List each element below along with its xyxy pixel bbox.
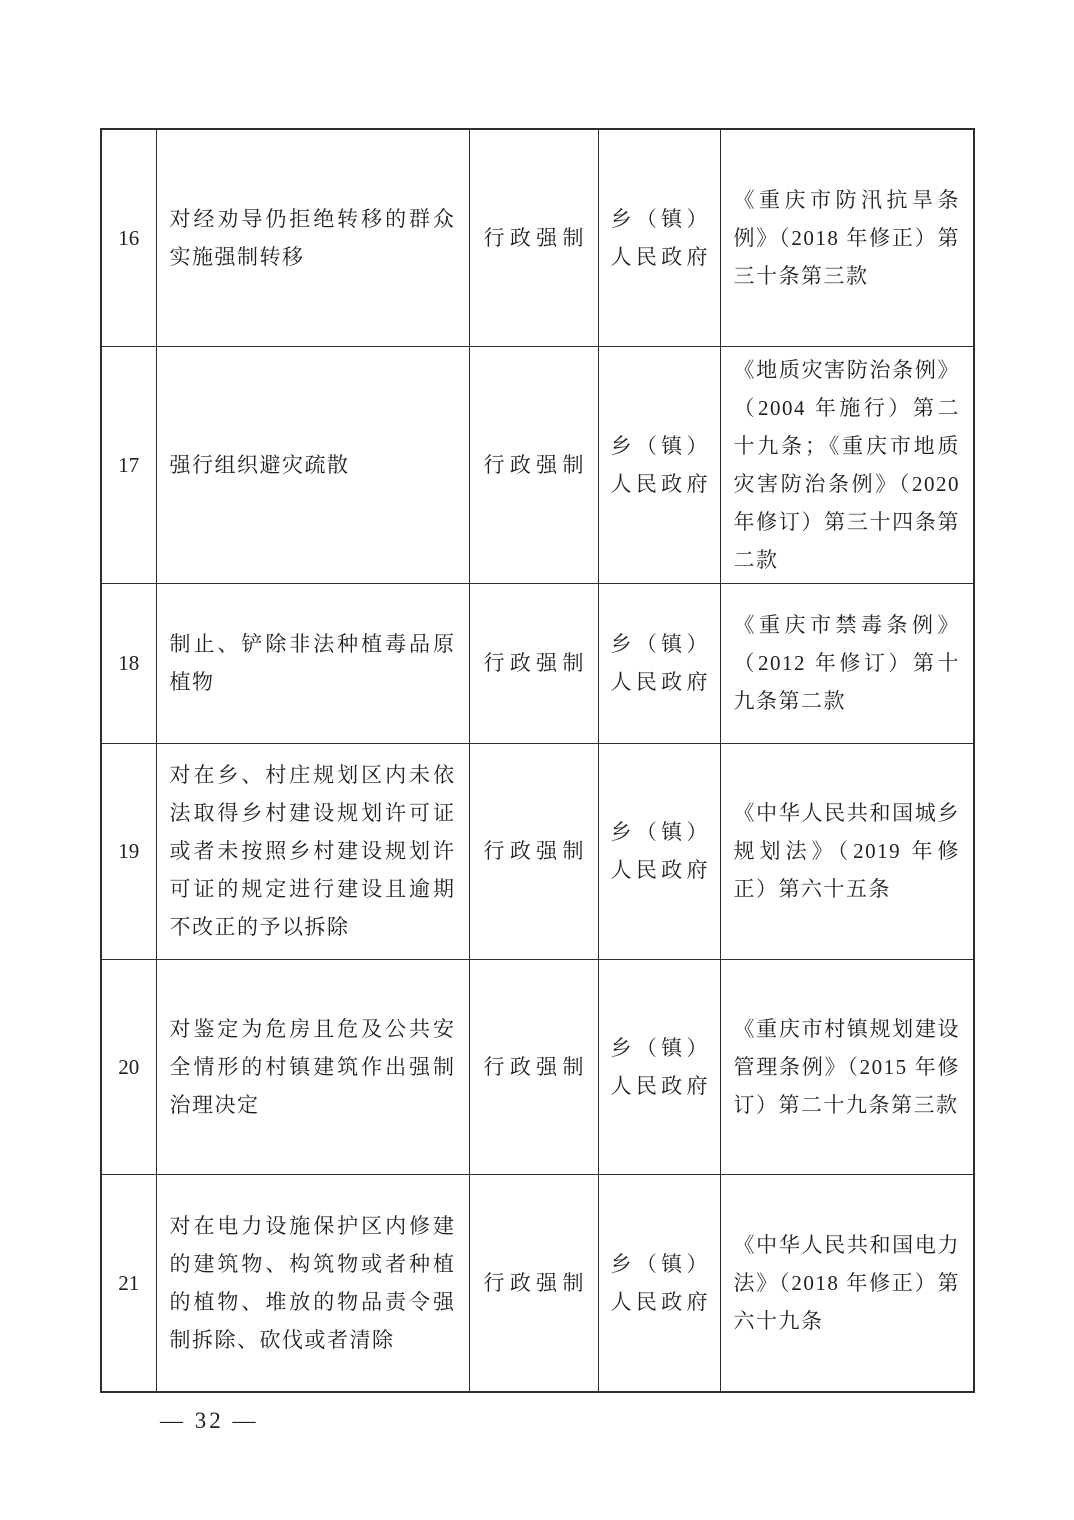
item-type-cell: 行政强制 [469,129,598,346]
legal-basis-cell: 《中华人民共和国电力法》（2018 年修正）第六十九条 [720,1174,974,1392]
item-type-cell: 行政强制 [469,959,598,1174]
page-number: — 32 — [160,1408,259,1434]
document-page: 16 对经劝导仍拒绝转移的群众实施强制转移 行政强制 乡（镇）人民政府 《重庆市… [0,0,1074,1520]
table-row: 16 对经劝导仍拒绝转移的群众实施强制转移 行政强制 乡（镇）人民政府 《重庆市… [101,129,974,346]
row-number-cell: 19 [101,743,156,959]
implementer-cell: 乡（镇）人民政府 [598,583,720,743]
implementer-cell: 乡（镇）人民政府 [598,1174,720,1392]
item-type-cell: 行政强制 [469,1174,598,1392]
implementer-cell: 乡（镇）人民政府 [598,129,720,346]
row-number-cell: 21 [101,1174,156,1392]
item-name-cell: 对在电力设施保护区内修建的建筑物、构筑物或者种植的植物、堆放的物品责令强制拆除、… [156,1174,469,1392]
table-row: 19 对在乡、村庄规划区内未依法取得乡村建设规划许可证或者未按照乡村建设规划许可… [101,743,974,959]
item-name-cell: 对在乡、村庄规划区内未依法取得乡村建设规划许可证或者未按照乡村建设规划许可证的规… [156,743,469,959]
implementer-cell: 乡（镇）人民政府 [598,959,720,1174]
row-number-cell: 18 [101,583,156,743]
row-number-cell: 16 [101,129,156,346]
row-number-cell: 20 [101,959,156,1174]
legal-basis-cell: 《重庆市防汛抗旱条例》（2018 年修正）第三十条第三款 [720,129,974,346]
implementer-cell: 乡（镇）人民政府 [598,743,720,959]
implementer-cell: 乡（镇）人民政府 [598,346,720,583]
table-row: 20 对鉴定为危房且危及公共安全情形的村镇建筑作出强制治理决定 行政强制 乡（镇… [101,959,974,1174]
legal-basis-cell: 《重庆市禁毒条例》（2012 年修订）第十九条第二款 [720,583,974,743]
legal-basis-cell: 《地质灾害防治条例》（2004 年施行）第二十九条；《重庆市地质灾害防治条例》（… [720,346,974,583]
row-number-cell: 17 [101,346,156,583]
item-type-cell: 行政强制 [469,346,598,583]
item-type-cell: 行政强制 [469,583,598,743]
table-row: 18 制止、铲除非法种植毒品原植物 行政强制 乡（镇）人民政府 《重庆市禁毒条例… [101,583,974,743]
item-name-cell: 强行组织避灾疏散 [156,346,469,583]
legal-basis-cell: 《中华人民共和国城乡规划法》（2019 年修正）第六十五条 [720,743,974,959]
item-name-cell: 制止、铲除非法种植毒品原植物 [156,583,469,743]
item-type-cell: 行政强制 [469,743,598,959]
table-row: 17 强行组织避灾疏散 行政强制 乡（镇）人民政府 《地质灾害防治条例》（200… [101,346,974,583]
enforcement-items-table: 16 对经劝导仍拒绝转移的群众实施强制转移 行政强制 乡（镇）人民政府 《重庆市… [100,128,975,1393]
item-name-cell: 对经劝导仍拒绝转移的群众实施强制转移 [156,129,469,346]
item-name-cell: 对鉴定为危房且危及公共安全情形的村镇建筑作出强制治理决定 [156,959,469,1174]
legal-basis-cell: 《重庆市村镇规划建设管理条例》（2015 年修订）第二十九条第三款 [720,959,974,1174]
table-row: 21 对在电力设施保护区内修建的建筑物、构筑物或者种植的植物、堆放的物品责令强制… [101,1174,974,1392]
